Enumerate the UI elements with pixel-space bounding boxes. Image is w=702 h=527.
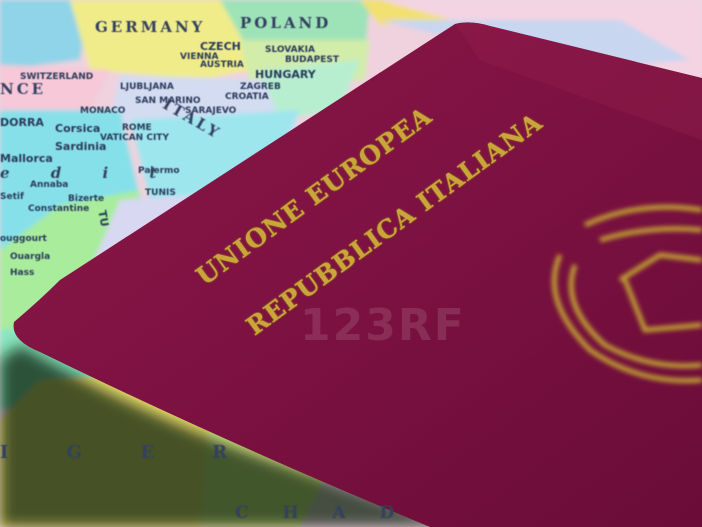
map-label: LJUBLJANA xyxy=(120,82,174,92)
map-label: I G E R xyxy=(0,442,253,463)
map-label: POLAND xyxy=(240,14,331,32)
map-label: Bizerte xyxy=(68,194,104,204)
map-label: C H A D xyxy=(235,503,408,523)
map-label: Corsica xyxy=(55,122,100,135)
photo-scene: GERMANY POLAND CZECH SLOVAKIA AUSTRIA VI… xyxy=(0,0,702,527)
map-label: Setif xyxy=(0,192,24,202)
watermark: 123RF xyxy=(300,300,466,351)
map-label: Ouargla xyxy=(10,252,50,262)
map-label: VIENNA xyxy=(180,52,219,62)
map-label: ZAGREB xyxy=(240,82,281,92)
map-label: NCE xyxy=(0,80,46,98)
map-label: CROATIA xyxy=(225,92,269,102)
map-label: VATICAN CITY xyxy=(100,133,169,143)
map-label: Constantine xyxy=(28,204,89,214)
map-label: BUDAPEST xyxy=(285,55,339,65)
map-label: SLOVAKIA xyxy=(265,45,315,55)
map-label: e d i t xyxy=(0,164,174,182)
map-label: TU xyxy=(95,209,111,227)
map-label: Hass xyxy=(10,268,34,278)
map-label: TUNIS xyxy=(145,188,176,198)
map-label: ROME xyxy=(122,123,152,133)
map-label: Annaba xyxy=(30,180,68,190)
map-label: DORRA xyxy=(0,116,44,129)
map-label: GERMANY xyxy=(95,18,205,36)
map-label: MONACO xyxy=(80,106,125,116)
map-label: Sardinia xyxy=(55,140,106,153)
map-label: HUNGARY xyxy=(255,68,316,81)
map-label: ouggourt xyxy=(0,234,47,244)
